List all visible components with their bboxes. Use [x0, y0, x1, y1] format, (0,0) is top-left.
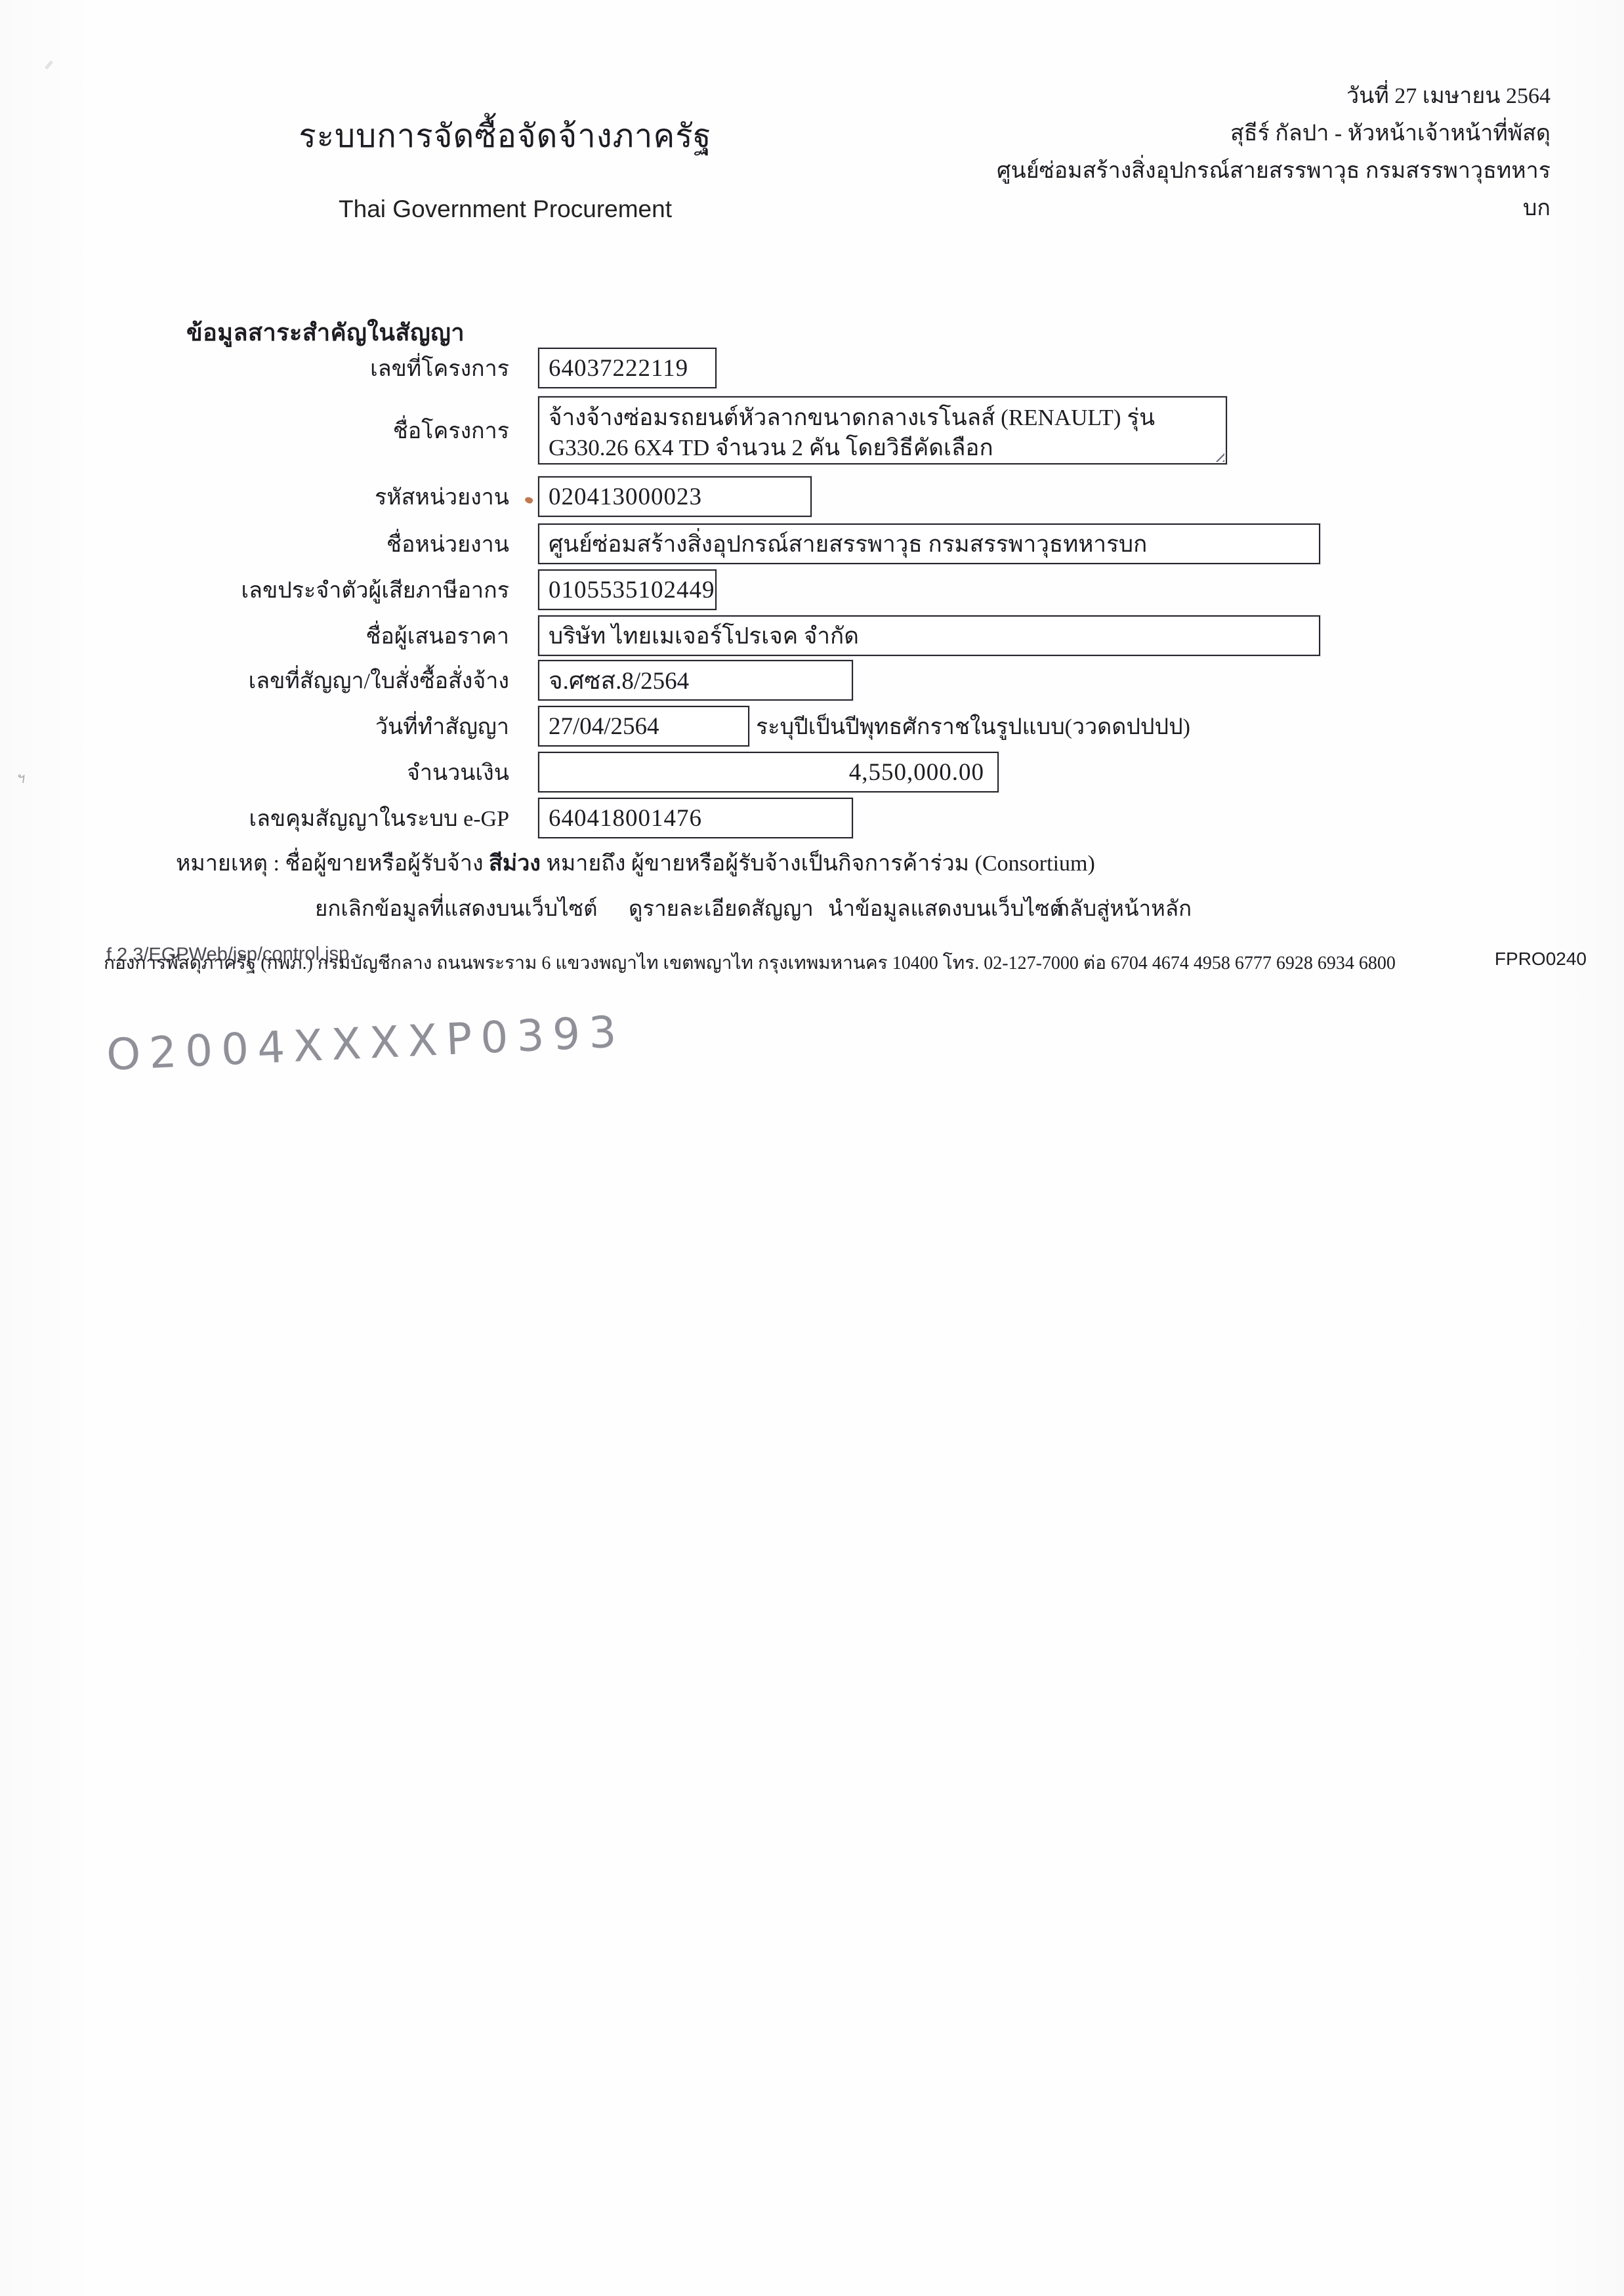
field-row-contract-number: เลขที่สัญญา/ใบสั่งซื้อสั่งจ้าง จ.ศซส.8/2… [0, 660, 1624, 701]
officer-name: สุธีร์ กัลปา - หัวหน้าเจ้าหน้าที่พัสดุ [632, 115, 1551, 152]
section-title: ข้อมูลสาระสำคัญในสัญญา [186, 314, 465, 351]
cancel-publish-button[interactable]: ยกเลิกข้อมูลที่แสดงบนเว็บไซต์ [315, 891, 598, 926]
handwritten-code: O2004XXXXP0393 [106, 1006, 626, 1080]
agency-name-label: ชื่อหน่วยงาน [0, 523, 524, 564]
field-row-amount: จำนวนเงิน 4,550,000.00 [0, 752, 1624, 792]
field-row-agency-name: ชื่อหน่วยงาน ศูนย์ซ่อมสร้างสิ่งอุปกรณ์สา… [0, 523, 1624, 564]
project-number-label: เลขที่โครงการ [0, 348, 524, 388]
publish-to-website-button[interactable]: นำข้อมูลแสดงบนเว็บไซต์ [828, 891, 1064, 926]
project-name-label: ชื่อโครงการ [0, 396, 524, 464]
taxpayer-id-label: เลขประจำตัวผู้เสียภาษีอากร [0, 569, 524, 610]
remark-highlight-purple: สีม่วง [489, 851, 541, 876]
document-corner-info: วันที่ 27 เมษายน 2564 สุธีร์ กัลปา - หัว… [632, 77, 1551, 227]
contract-number-label: เลขที่สัญญา/ใบสั่งซื้อสั่งจ้าง [0, 660, 524, 701]
amount-field[interactable]: 4,550,000.00 [538, 752, 999, 792]
egp-control-number-label: เลขคุมสัญญาในระบบ e-GP [0, 798, 524, 838]
agency-code-field[interactable]: 020413000023 [538, 476, 812, 517]
remark-suffix: หมายถึง ผู้ขายหรือผู้รับจ้างเป็นกิจการค้… [541, 851, 1095, 876]
field-row-taxpayer-id: เลขประจำตัวผู้เสียภาษีอากร 0105535102449 [0, 569, 1624, 610]
bidder-name-label: ชื่อผู้เสนอราคา [0, 615, 524, 656]
contract-date-field[interactable]: 27/04/2564 [538, 706, 749, 747]
field-row-agency-code: รหัสหน่วยงาน 020413000023 [0, 476, 1624, 517]
footer-form-code: FPRO0240 [1495, 949, 1587, 970]
agency-code-label: รหัสหน่วยงาน [0, 476, 524, 517]
field-row-bidder-name: ชื่อผู้เสนอราคา บริษัท ไทยเมเจอร์โปรเจค … [0, 615, 1624, 656]
taxpayer-id-field[interactable]: 0105535102449 [538, 569, 717, 610]
amount-label: จำนวนเงิน [0, 752, 524, 792]
action-bar: ยกเลิกข้อมูลที่แสดงบนเว็บไซต์ ดูรายละเอี… [0, 891, 1624, 925]
field-row-project-name: ชื่อโครงการ จ้างจ้างซ่อมรถยนต์หัวลากขนาด… [0, 396, 1624, 464]
back-to-home-button[interactable]: กลับสู่หน้าหลัก [1056, 891, 1192, 926]
remark-prefix: หมายเหตุ : ชื่อผู้ขายหรือผู้รับจ้าง [176, 851, 489, 876]
agency-name-line2: บก [632, 190, 1551, 227]
project-number-field[interactable]: 64037222119 [538, 348, 717, 388]
contract-number-field[interactable]: จ.ศซส.8/2564 [538, 660, 853, 701]
footer-system-path: f.2.3/EGPWeb/jsp/control.jsp [106, 943, 349, 966]
contract-date-format-note: ระบุปีเป็นปีพุทธศักราชในรูปแบบ(ววดดปปปป) [756, 706, 1190, 747]
agency-name-line1: ศูนย์ซ่อมสร้างสิ่งอุปกรณ์สายสรรพาวุธ กรม… [632, 152, 1551, 190]
document-date: วันที่ 27 เมษายน 2564 [632, 77, 1551, 115]
contract-date-label: วันที่ทำสัญญา [0, 706, 524, 747]
page-footer: กองการพัสดุภาครัฐ (กพภ.) กรมบัญชีกลาง ถน… [104, 949, 1587, 977]
bidder-name-field[interactable]: บริษัท ไทยเมเจอร์โปรเจค จำกัด [538, 615, 1320, 656]
consortium-remark: หมายเหตุ : ชื่อผู้ขายหรือผู้รับจ้าง สีม่… [176, 845, 1095, 880]
scanned-document-page: ระบบการจัดซื้อจัดจ้างภาครัฐ Thai Governm… [0, 0, 1624, 2296]
view-contract-detail-button[interactable]: ดูรายละเอียดสัญญา [629, 891, 814, 926]
project-name-field[interactable]: จ้างจ้างซ่อมรถยนต์หัวลากขนาดกลางเรโนลส์ … [538, 396, 1227, 464]
field-row-egp-control-number: เลขคุมสัญญาในระบบ e-GP 640418001476 [0, 798, 1624, 838]
egp-control-number-field[interactable]: 640418001476 [538, 798, 853, 838]
field-row-contract-date: วันที่ทำสัญญา 27/04/2564 ระบุปีเป็นปีพุท… [0, 706, 1624, 747]
scan-speck [45, 60, 53, 70]
field-row-project-number: เลขที่โครงการ 64037222119 [0, 348, 1624, 388]
project-name-text: จ้างจ้างซ่อมรถยนต์หัวลากขนาดกลางเรโนลส์ … [549, 403, 1217, 463]
agency-name-field[interactable]: ศูนย์ซ่อมสร้างสิ่งอุปกรณ์สายสรรพาวุธ กรม… [538, 523, 1320, 564]
